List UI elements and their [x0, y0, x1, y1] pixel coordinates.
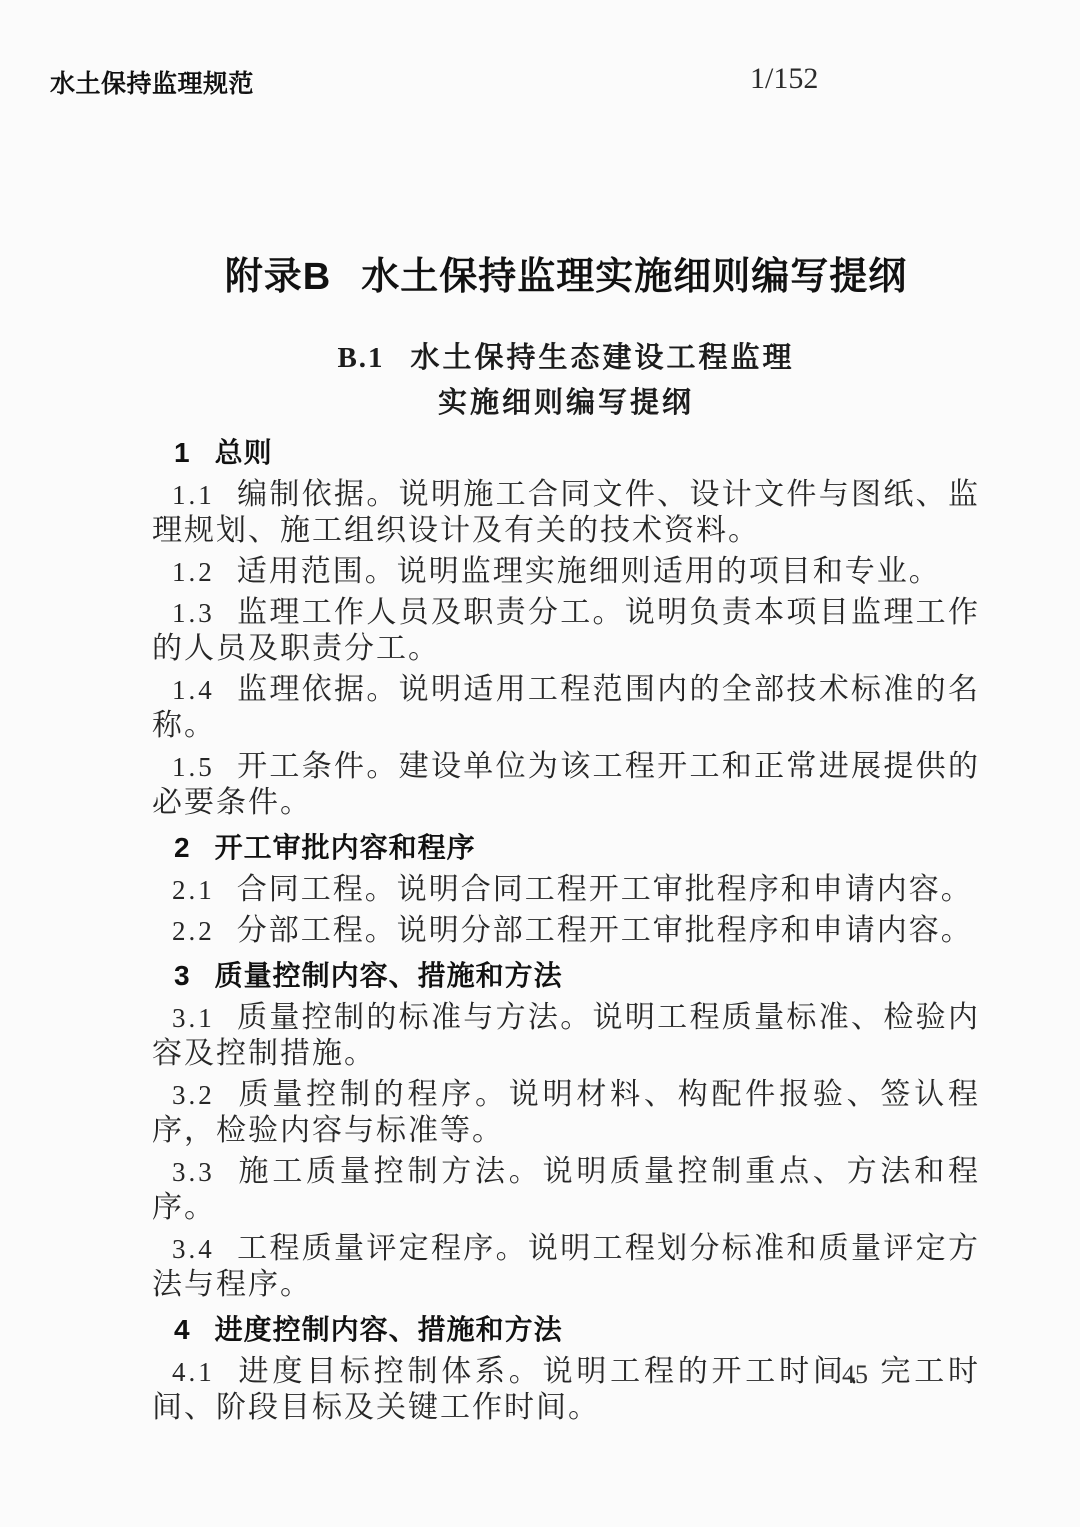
clause-number: 3.4 — [172, 1234, 215, 1264]
clause-number: 3.2 — [172, 1080, 215, 1110]
subsection-title: B.1水土保持生态建设工程监理 实施细则编写提纲 — [152, 336, 980, 426]
section-heading: 3质量控制内容、措施和方法 — [174, 959, 980, 993]
clause-paragraph: 1.1编制依据。说明施工合同文件、设计文件与图纸、监理规划、施工组织设计及有关的… — [152, 477, 980, 549]
clause-paragraph: 1.2适用范围。说明监理实施细则适用的项目和专业。 — [152, 554, 980, 590]
clause-paragraph: 3.4工程质量评定程序。说明工程划分标准和质量评定方法与程序。 — [152, 1231, 980, 1303]
sections-container: 1总则 1.1编制依据。说明施工合同文件、设计文件与图纸、监理规划、施工组织设计… — [152, 436, 980, 1426]
clause-text: 编制依据。说明施工合同文件、设计文件与图纸、监理规划、施工组织设计及有关的技术资… — [152, 478, 980, 547]
page-header: 水土保持监理规范 1/152 — [50, 62, 1030, 98]
appendix-title: 附录B水土保持监理实施细则编写提纲 — [152, 244, 980, 300]
document-section: 2开工审批内容和程序 2.1合同工程。说明合同工程开工审批程序和申请内容。 2.… — [152, 831, 980, 949]
clause-text: 监理工作人员及职责分工。说明负责本项目监理工作的人员及职责分工。 — [152, 596, 980, 665]
clause-text: 质量控制的标准与方法。说明工程质量标准、检验内容及控制措施。 — [152, 1001, 980, 1070]
clause-number: 1.1 — [172, 480, 215, 510]
section-heading: 2开工审批内容和程序 — [174, 831, 980, 865]
section-heading: 1总则 — [174, 436, 980, 470]
clause-paragraph: 1.5开工条件。建设单位为该工程开工和正常进展提供的必要条件。 — [152, 749, 980, 821]
clause-number: 1.5 — [172, 752, 215, 782]
clause-number: 2.1 — [172, 875, 215, 905]
document-section: 3质量控制内容、措施和方法 3.1质量控制的标准与方法。说明工程质量标准、检验内… — [152, 959, 980, 1303]
subsection-title-text: 水土保持生态建设工程监理 — [411, 342, 795, 374]
appendix-number: 附录B — [225, 256, 331, 298]
clause-text: 分部工程。说明分部工程开工审批程序和申请内容。 — [237, 914, 973, 947]
clause-text: 开工条件。建设单位为该工程开工和正常进展提供的必要条件。 — [152, 750, 980, 819]
document-title: 水土保持监理规范 — [50, 64, 254, 100]
subsection-number: B.1 — [337, 342, 384, 374]
section-number: 1 — [174, 437, 191, 468]
clause-number: 3.3 — [172, 1157, 215, 1187]
clause-number: 1.3 — [172, 598, 215, 628]
section-number: 3 — [174, 960, 191, 991]
clause-number: 1.2 — [172, 557, 215, 587]
clause-text: 适用范围。说明监理实施细则适用的项目和专业。 — [237, 555, 941, 588]
section-title: 进度控制内容、措施和方法 — [215, 1314, 563, 1345]
clause-text: 质量控制的程序。说明材料、构配件报验、签认程序，检验内容与标准等。 — [152, 1078, 980, 1147]
clause-text: 工程质量评定程序。说明工程划分标准和质量评定方法与程序。 — [152, 1232, 980, 1301]
clause-number: 1.4 — [172, 675, 215, 705]
clause-paragraph: 2.1合同工程。说明合同工程开工审批程序和申请内容。 — [152, 872, 980, 908]
clause-number: 4.1 — [172, 1357, 215, 1387]
section-number: 4 — [174, 1314, 191, 1345]
appendix-title-text: 水土保持监理实施细则编写提纲 — [361, 256, 907, 298]
clause-paragraph: 3.3施工质量控制方法。说明质量控制重点、方法和程序。 — [152, 1154, 980, 1226]
clause-paragraph: 1.3监理工作人员及职责分工。说明负责本项目监理工作的人员及职责分工。 — [152, 595, 980, 667]
clause-number: 3.1 — [172, 1003, 215, 1033]
clause-number: 2.2 — [172, 916, 215, 946]
clause-text: 合同工程。说明合同工程开工审批程序和申请内容。 — [237, 873, 973, 906]
page-number: 45 — [842, 1360, 868, 1390]
document-page: 水土保持监理规范 1/152 附录B水土保持监理实施细则编写提纲 B.1水土保持… — [0, 0, 1080, 1527]
clause-paragraph: 2.2分部工程。说明分部工程开工审批程序和申请内容。 — [152, 913, 980, 949]
document-section: 1总则 1.1编制依据。说明施工合同文件、设计文件与图纸、监理规划、施工组织设计… — [152, 436, 980, 821]
subsection-title-line2: 实施细则编写提纲 — [152, 381, 980, 426]
clause-paragraph: 3.1质量控制的标准与方法。说明工程质量标准、检验内容及控制措施。 — [152, 1000, 980, 1072]
page-indicator: 1/152 — [750, 62, 818, 96]
section-heading: 4进度控制内容、措施和方法 — [174, 1313, 980, 1347]
clause-text: 施工质量控制方法。说明质量控制重点、方法和程序。 — [152, 1155, 980, 1224]
clause-paragraph: 3.2质量控制的程序。说明材料、构配件报验、签认程序，检验内容与标准等。 — [152, 1077, 980, 1149]
section-title: 开工审批内容和程序 — [215, 832, 476, 863]
document-content: 附录B水土保持监理实施细则编写提纲 B.1水土保持生态建设工程监理 实施细则编写… — [152, 244, 980, 1431]
clause-paragraph: 1.4监理依据。说明适用工程范围内的全部技术标准的名称。 — [152, 672, 980, 744]
subsection-title-line1: B.1水土保持生态建设工程监理 — [152, 336, 980, 381]
section-title: 总则 — [215, 437, 273, 468]
section-title: 质量控制内容、措施和方法 — [215, 960, 563, 991]
clause-text: 监理依据。说明适用工程范围内的全部技术标准的名称。 — [152, 673, 980, 742]
section-number: 2 — [174, 832, 191, 863]
